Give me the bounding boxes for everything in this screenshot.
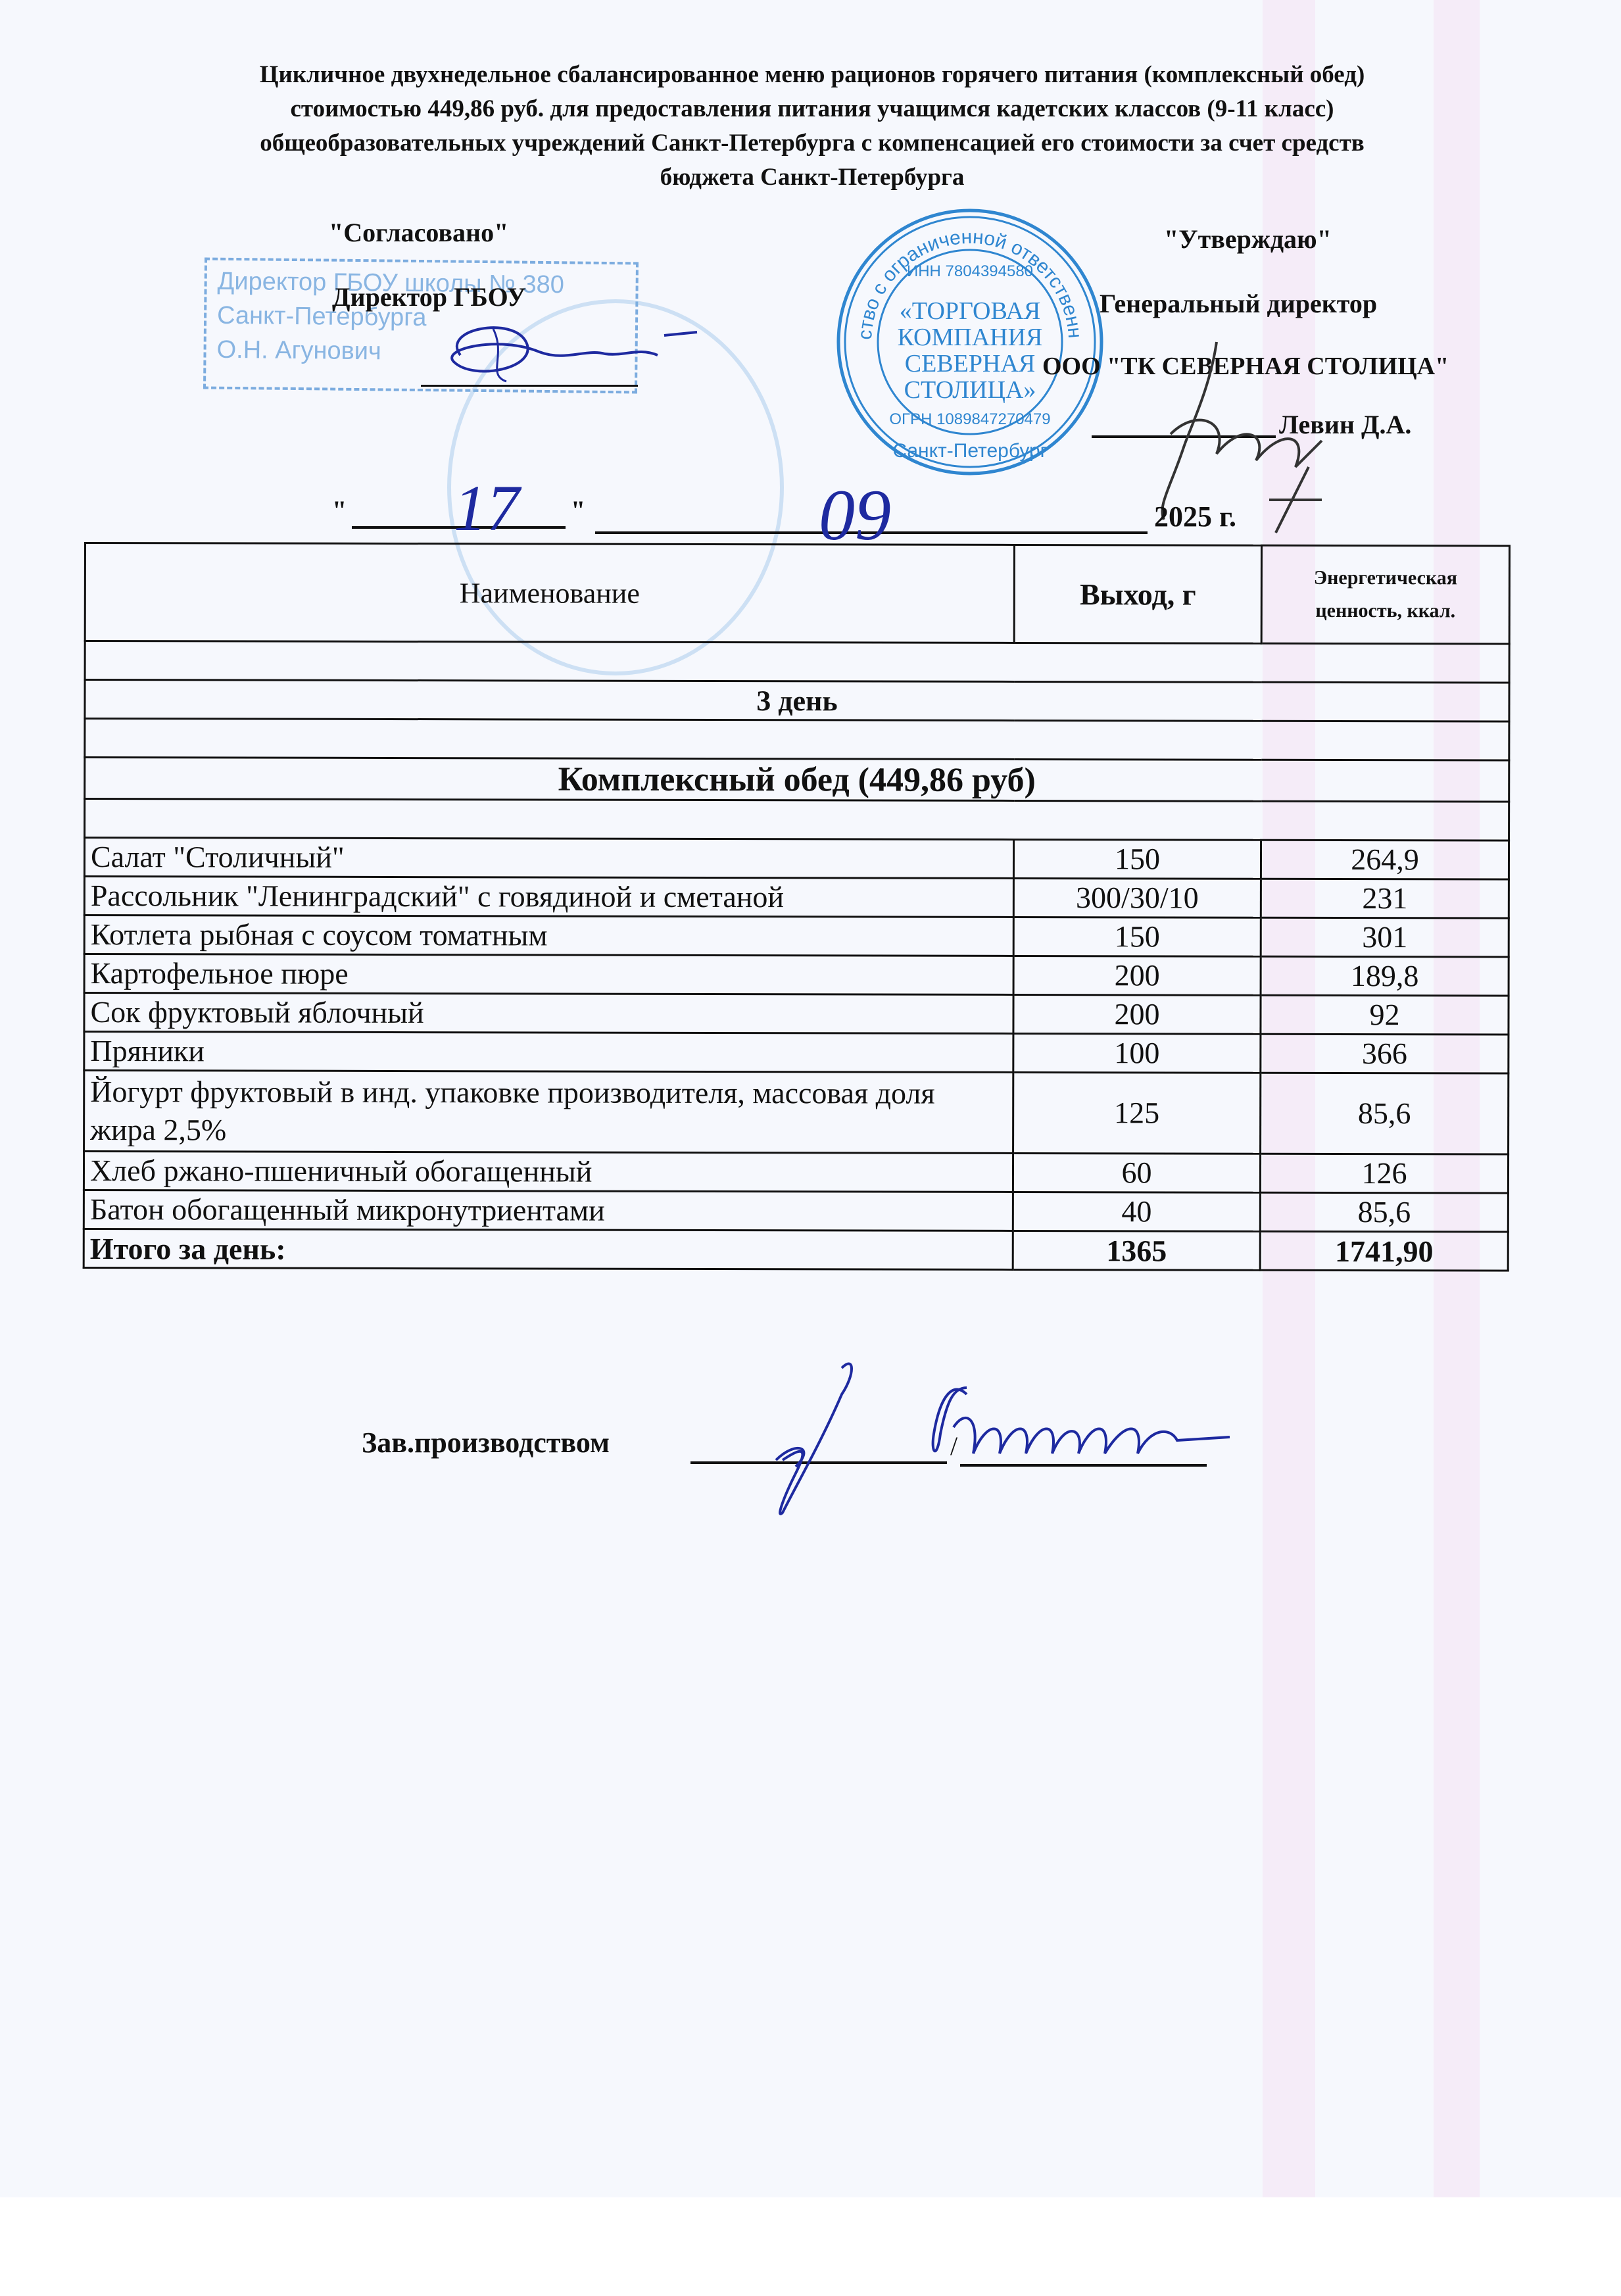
- title-line: общеобразовательных учреждений Санкт-Пет…: [105, 126, 1519, 160]
- svg-text:КОМПАНИЯ: КОМПАНИЯ: [898, 324, 1043, 351]
- blank-cell: [85, 641, 1509, 683]
- dish-name: Батон обогащенный микронутриентами: [84, 1190, 1013, 1231]
- svg-text:«ТОРГОВАЯ: «ТОРГОВАЯ: [900, 297, 1041, 325]
- meal-row: Комплексный обед (449,86 руб): [85, 758, 1509, 802]
- header-line: Энергетическая: [1268, 562, 1503, 595]
- dish-energy: 85,6: [1260, 1192, 1508, 1232]
- header-line: ценность, ккал.: [1268, 595, 1503, 628]
- dish-yield: 60: [1013, 1153, 1260, 1192]
- total-yield: 1365: [1013, 1231, 1260, 1270]
- dish-name: Сок фруктовый яблочный: [84, 993, 1013, 1034]
- dish-energy: 85,6: [1261, 1073, 1509, 1154]
- approve-heading: "Утверждаю": [1164, 224, 1332, 255]
- column-header-name: Наименование: [85, 543, 1014, 643]
- day-label: 3 день: [85, 680, 1509, 722]
- general-director-title: Генеральный директор: [1100, 288, 1377, 319]
- blank-cell: [85, 799, 1509, 841]
- dish-yield: 150: [1013, 839, 1261, 879]
- dish-energy: 126: [1260, 1154, 1508, 1193]
- title-line: стоимостью 449,86 руб. для предоставлени…: [105, 92, 1519, 126]
- dish-energy: 301: [1261, 917, 1509, 957]
- production-manager-title: Зав.производством: [362, 1426, 610, 1459]
- dish-name: Рассольник "Ленинградский" с говядиной и…: [84, 877, 1013, 917]
- director-signature-icon: [434, 316, 710, 388]
- date-year: 2025 г.: [1154, 500, 1236, 533]
- scan-margin: [0, 2197, 1621, 2296]
- dish-energy: 366: [1261, 1034, 1509, 1073]
- dish-yield: 200: [1013, 994, 1261, 1034]
- dish-energy: 92: [1261, 995, 1509, 1035]
- svg-text:СТОЛИЦА»: СТОЛИЦА»: [904, 376, 1036, 404]
- svg-text:Санкт-Петербург: Санкт-Петербург: [892, 440, 1047, 462]
- table-row: Йогурт фруктовый в инд. упаковке произво…: [84, 1071, 1509, 1155]
- table-row: Батон обогащенный микронутриентами 40 85…: [84, 1190, 1508, 1233]
- dish-yield: 150: [1013, 917, 1261, 956]
- meal-label: Комплексный обед (449,86 руб): [85, 758, 1509, 802]
- table-row: Хлеб ржано-пшеничный обогащенный 60 126: [84, 1152, 1508, 1194]
- dish-yield: 40: [1013, 1192, 1260, 1231]
- total-label: Итого за день:: [84, 1229, 1013, 1270]
- svg-text:СЕВЕРНАЯ: СЕВЕРНАЯ: [905, 350, 1035, 378]
- date-day-handwritten: 17: [454, 470, 520, 546]
- dish-energy: 264,9: [1261, 840, 1509, 879]
- menu-table: Наименование Выход, г Энергетическая цен…: [83, 542, 1509, 1272]
- approved-by-heading: "Согласовано": [329, 217, 508, 248]
- dish-yield: 100: [1013, 1033, 1261, 1073]
- dish-name: Хлеб ржано-пшеничный обогащенный: [84, 1152, 1013, 1192]
- date-open-quote: ": [332, 495, 347, 525]
- dish-name: Йогурт фруктовый в инд. упаковке произво…: [84, 1071, 1013, 1154]
- table-row: Салат "Столичный" 150 264,9: [84, 838, 1509, 880]
- dish-name: Пряники: [84, 1032, 1013, 1073]
- total-row: Итого за день: 1365 1741,90: [84, 1229, 1508, 1271]
- table-row: Котлета рыбная с соусом томатным 150 301: [84, 916, 1509, 958]
- column-header-energy: Энергетическая ценность, ккал.: [1261, 545, 1509, 644]
- day-row: 3 день: [85, 680, 1509, 722]
- blank-cell: [85, 719, 1509, 761]
- table-row: Рассольник "Ленинградский" с говядиной и…: [84, 877, 1509, 919]
- blank-row: [85, 719, 1509, 761]
- blank-row: [85, 799, 1509, 841]
- table-row: Картофельное пюре 200 189,8: [84, 954, 1509, 996]
- dish-name: Салат "Столичный": [84, 838, 1013, 879]
- svg-text:ИНН 7804394580: ИНН 7804394580: [907, 262, 1033, 280]
- total-energy: 1741,90: [1260, 1231, 1508, 1271]
- school-director-title: Директор ГБОУ: [332, 281, 526, 312]
- table-row: Сок фруктовый яблочный 200 92: [84, 993, 1509, 1035]
- document-title: Цикличное двухнедельное сбалансированное…: [105, 58, 1519, 195]
- table-header-row: Наименование Выход, г Энергетическая цен…: [85, 543, 1509, 645]
- dish-yield: 200: [1013, 956, 1261, 995]
- company-round-stamp: Общество с ограниченной ответственностью…: [832, 204, 1108, 480]
- dish-yield: 125: [1013, 1072, 1261, 1154]
- dish-name: Картофельное пюре: [84, 954, 1013, 995]
- dish-energy: 189,8: [1261, 956, 1509, 996]
- column-header-yield: Выход, г: [1014, 545, 1261, 643]
- title-line: бюджета Санкт-Петербурга: [105, 160, 1519, 195]
- production-manager-signature-icon: [756, 1355, 1348, 1526]
- table-row: Пряники 100 366: [84, 1032, 1509, 1074]
- date-close-quote: ": [571, 495, 585, 525]
- dish-yield: 300/30/10: [1013, 878, 1261, 917]
- dish-energy: 231: [1261, 879, 1509, 918]
- title-line: Цикличное двухнедельное сбалансированное…: [105, 58, 1519, 92]
- dish-name: Котлета рыбная с соусом томатным: [84, 916, 1013, 956]
- svg-text:ОГРН 1089847270479: ОГРН 1089847270479: [889, 410, 1050, 428]
- blank-row: [85, 641, 1509, 683]
